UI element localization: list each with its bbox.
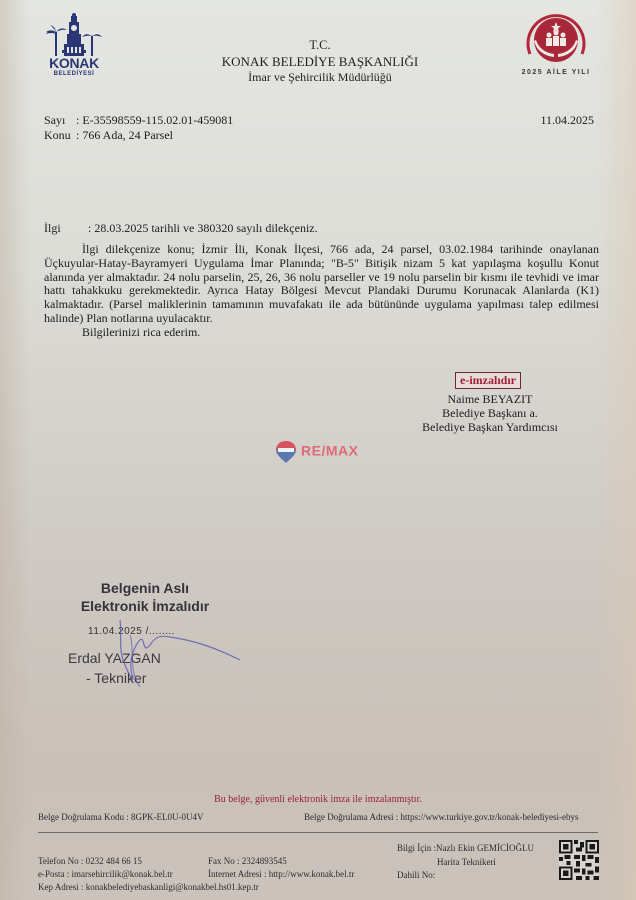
ilgi-label: İlgi xyxy=(44,222,88,236)
header-tc: T.C. xyxy=(180,38,460,53)
footer-divider xyxy=(38,832,598,833)
extension-number: Dahili No: xyxy=(397,870,435,880)
ilgi-line: İlgi: 28.03.2025 tarihli ve 380320 sayıl… xyxy=(44,222,599,236)
header-institution: KONAK BELEDİYE BAŞKANLIĞI xyxy=(180,54,460,70)
verification-address: Belge Doğrulama Adresi : https://www.tur… xyxy=(304,812,579,822)
konu-line: Konu: 766 Ada, 24 Parsel xyxy=(44,128,173,143)
remax-watermark: RE/MAX xyxy=(275,440,358,464)
verification-address-link[interactable]: https://www.turkiye.gov.tr/konak-belediy… xyxy=(400,812,578,822)
stamp-line-1: Belgenin Aslı xyxy=(60,580,230,596)
ilgi-value: : 28.03.2025 tarihli ve 380320 sayılı di… xyxy=(88,221,318,235)
verification-address-label: Belge Doğrulama Adresi : xyxy=(304,812,398,822)
handwritten-signature-icon xyxy=(100,615,250,695)
stamp-line-2: Elektronik İmzalıdır xyxy=(60,598,230,614)
paper-shadow-right xyxy=(596,0,636,900)
remax-text: RE/MAX xyxy=(301,443,358,459)
konu-label: Konu xyxy=(44,128,76,143)
sayi-value: : E-35598559-115.02.01-459081 xyxy=(76,113,233,127)
verification-code-label: Belge Doğrulama Kodu : xyxy=(38,812,129,822)
remax-balloon-icon xyxy=(275,440,297,464)
body-content: İlgi dilekçenize konu; İzmir İli, Konak … xyxy=(44,243,599,340)
qr-code-icon[interactable] xyxy=(559,838,599,882)
info-contact-title: Harita Teknikeri xyxy=(437,857,496,867)
signatory-title-2: Belediye Başkan Yardımcısı xyxy=(390,420,590,435)
sayi-line: Sayı: E-35598559-115.02.01-459081 xyxy=(44,113,233,128)
verification-code: Belge Doğrulama Kodu : 8GPK-EL0U-0U4V xyxy=(38,812,203,822)
document-date: 11.04.2025 xyxy=(540,113,594,128)
signatory-name: Naime BEYAZIT xyxy=(390,392,590,407)
paper-shadow-left xyxy=(0,0,30,900)
e-signature-badge: e-imzalıdır xyxy=(455,372,521,389)
body-closing: Bilgilerinizi rica ederim. xyxy=(44,326,599,340)
konu-value: : 766 Ada, 24 Parsel xyxy=(76,128,173,142)
aile-yili-emblem-icon: 2025 AİLE YILI xyxy=(522,10,590,80)
header-department: İmar ve Şehircilik Müdürlüğü xyxy=(180,70,460,85)
fax-number: Fax No : 2324893545 xyxy=(208,856,287,866)
konak-logo-subtitle: BELEDİYESİ xyxy=(44,71,104,77)
body-paragraph: İlgi dilekçenize konu; İzmir İli, Konak … xyxy=(44,243,599,326)
internet-address[interactable]: İnternet Adresi : http://www.konak.bel.t… xyxy=(208,869,354,879)
phone-number: Telefon No : 0232 484 66 15 xyxy=(38,856,142,866)
kep-address[interactable]: Kep Adresi : konakbelediyebaskanligi@kon… xyxy=(38,882,259,892)
info-contact: Bilgi İçin :Nazlı Ekin GEMİCİOĞLU xyxy=(397,843,534,853)
signatory-title-1: Belediye Başkanı a. xyxy=(390,406,590,421)
svg-text:2025 AİLE YILI: 2025 AİLE YILI xyxy=(522,68,590,76)
verification-code-value: 8GPK-EL0U-0U4V xyxy=(131,812,204,822)
secure-signature-notice: Bu belge, güvenli elektronik imza ile im… xyxy=(0,794,636,805)
sayi-label: Sayı xyxy=(44,113,76,128)
konak-logo-text: KONAK xyxy=(44,55,104,71)
email-address[interactable]: e-Posta : imarsehircilik@konak.bel.tr xyxy=(38,869,173,879)
